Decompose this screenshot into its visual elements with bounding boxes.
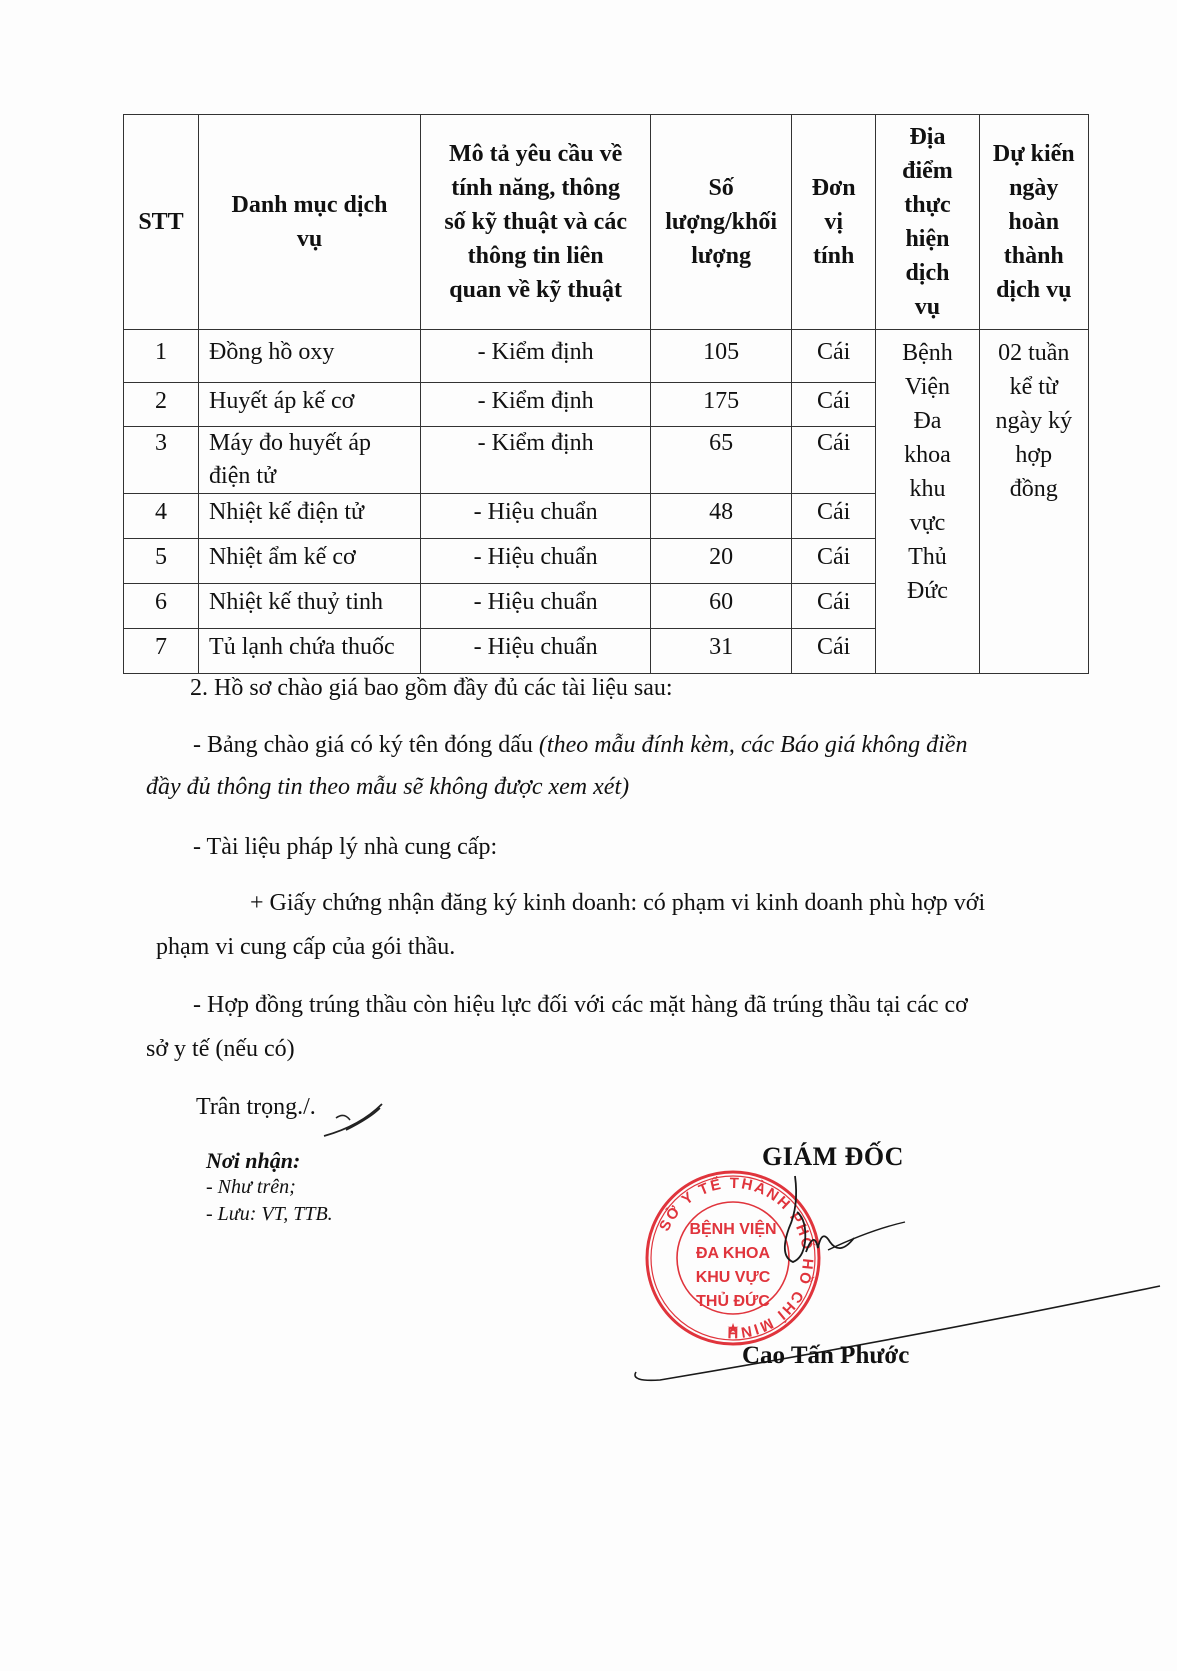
cell-qty: 60 xyxy=(651,584,792,629)
cell-desc: - Kiểm định xyxy=(421,383,651,427)
cell-unit: Cái xyxy=(791,539,875,584)
recipients-block: Nơi nhận: - Như trên; - Lưu: VT, TTB. xyxy=(206,1147,333,1228)
cell-desc: - Kiểm định xyxy=(421,427,651,494)
signer-name: Cao Tấn Phước xyxy=(742,1342,909,1370)
signer-title: GIÁM ĐỐC xyxy=(762,1142,904,1172)
cell-unit: Cái xyxy=(791,584,875,629)
recipient-item: - Như trên; xyxy=(206,1174,333,1201)
header-stt: STT xyxy=(124,115,199,330)
cell-name: Huyết áp kế cơ xyxy=(199,383,421,427)
cell-stt: 2 xyxy=(124,383,199,427)
cell-location: Bệnh Viện Đa khoa khu vực Thủ Đức xyxy=(876,330,979,674)
section-2-heading: 2. Hồ sơ chào giá bao gồm đầy đủ các tài… xyxy=(190,665,673,711)
cell-name: Nhiệt kế điện tử xyxy=(199,494,421,539)
cell-stt: 6 xyxy=(124,584,199,629)
header-service-category: Danh mục dịch vụ xyxy=(199,115,421,330)
cell-unit: Cái xyxy=(791,330,875,383)
cell-desc: - Hiệu chuẩn xyxy=(421,539,651,584)
item-legal-docs: - Tài liệu pháp lý nhà cung cấp: xyxy=(193,824,497,870)
document-page: STT Danh mục dịch vụ Mô tả yêu cầu về tí… xyxy=(0,0,1177,1671)
item-contracts: - Hợp đồng trúng thầu còn hiệu lực đối v… xyxy=(193,982,968,1028)
cell-qty: 175 xyxy=(651,383,792,427)
closing-text: Trân trọng./. xyxy=(196,1084,316,1130)
cell-qty: 65 xyxy=(651,427,792,494)
item-price-quote-cont: đầy đủ thông tin theo mẫu sẽ không được … xyxy=(146,764,629,810)
cell-unit: Cái xyxy=(791,427,875,494)
cell-stt: 5 xyxy=(124,539,199,584)
item-price-quote-note-cont: đầy đủ thông tin theo mẫu sẽ không được … xyxy=(146,774,629,800)
cell-qty: 20 xyxy=(651,539,792,584)
item-contracts-cont: sở y tế (nếu có) xyxy=(146,1026,295,1072)
cell-desc: - Kiểm định xyxy=(421,330,651,383)
table-header-row: STT Danh mục dịch vụ Mô tả yêu cầu về tí… xyxy=(124,115,1089,330)
stamp-inner-line: ĐA KHOA xyxy=(696,1245,771,1262)
cell-name: Nhiệt ẩm kế cơ xyxy=(199,539,421,584)
item-business-cert: + Giấy chứng nhận đăng ký kinh doanh: có… xyxy=(250,880,985,926)
star-icon: ★ xyxy=(727,1322,740,1337)
recipient-item: - Lưu: VT, TTB. xyxy=(206,1201,333,1228)
header-quantity: Số lượng/khối lượng xyxy=(651,115,792,330)
item-price-quote-text: - Bảng chào giá có ký tên đóng dấu xyxy=(193,732,539,758)
cell-completion: 02 tuần kể từ ngày ký hợp đồng xyxy=(979,330,1088,674)
cell-stt: 7 xyxy=(124,629,199,674)
stamp-inner-line: KHU VỰC xyxy=(696,1269,771,1286)
header-description: Mô tả yêu cầu về tính năng, thông số kỹ … xyxy=(421,115,651,330)
recipients-heading: Nơi nhận: xyxy=(206,1147,333,1174)
cell-qty: 105 xyxy=(651,330,792,383)
header-unit: Đơn vị tính xyxy=(791,115,875,330)
stamp-inner-line: THỦ ĐỨC xyxy=(696,1291,770,1310)
cell-unit: Cái xyxy=(791,494,875,539)
item-price-quote-note: (theo mẫu đính kèm, các Báo giá không đi… xyxy=(539,732,968,758)
item-price-quote: - Bảng chào giá có ký tên đóng dấu (theo… xyxy=(193,722,967,768)
cell-name: Máy đo huyết áp điện tử xyxy=(199,427,421,494)
cell-unit: Cái xyxy=(791,383,875,427)
service-table: STT Danh mục dịch vụ Mô tả yêu cầu về tí… xyxy=(123,114,1089,674)
cell-unit: Cái xyxy=(791,629,875,674)
cell-stt: 4 xyxy=(124,494,199,539)
official-seal-stamp: SỞ Y TẾ THÀNH PHỐ HỒ CHÍ MINH BỆNH VIỆN … xyxy=(643,1168,823,1348)
stamp-inner-line: BỆNH VIỆN xyxy=(689,1219,776,1238)
cell-name: Đồng hồ oxy xyxy=(199,330,421,383)
cell-qty: 48 xyxy=(651,494,792,539)
cell-stt: 3 xyxy=(124,427,199,494)
table-row: 1 Đồng hồ oxy - Kiểm định 105 Cái Bệnh V… xyxy=(124,330,1089,383)
cell-name: Nhiệt kế thuỷ tinh xyxy=(199,584,421,629)
cell-desc: - Hiệu chuẩn xyxy=(421,584,651,629)
cell-stt: 1 xyxy=(124,330,199,383)
header-completion: Dự kiến ngày hoàn thành dịch vụ xyxy=(979,115,1088,330)
cell-desc: - Hiệu chuẩn xyxy=(421,494,651,539)
item-business-cert-cont: phạm vi cung cấp của gói thầu. xyxy=(156,924,455,970)
header-location: Địa điểm thực hiện dịch vụ xyxy=(876,115,979,330)
